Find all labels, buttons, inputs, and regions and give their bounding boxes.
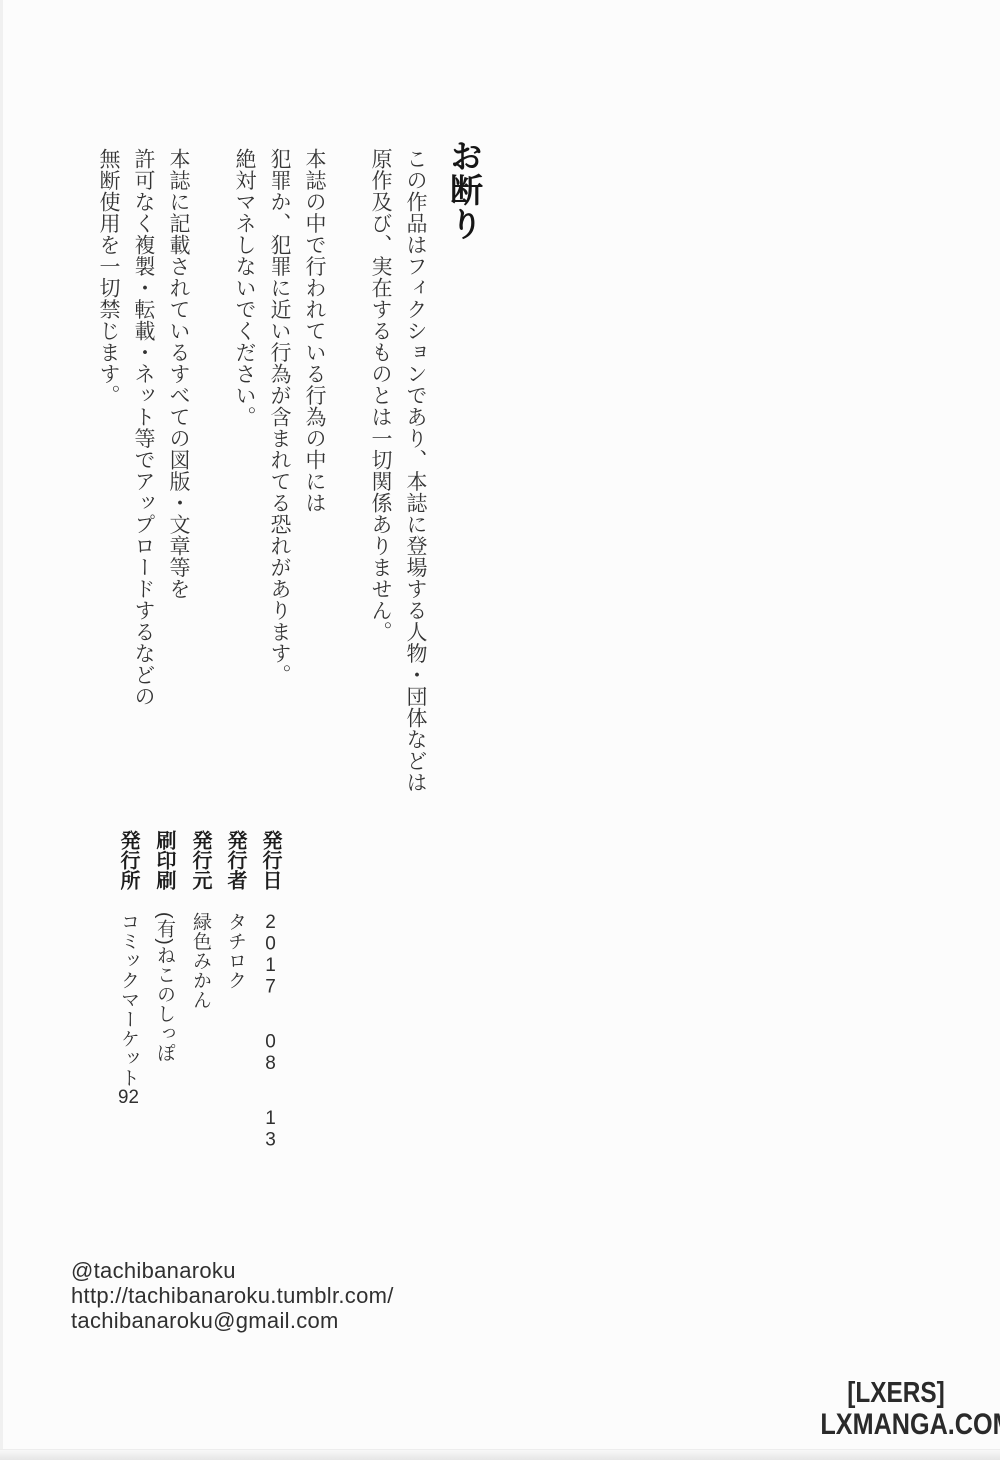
disclaimer-paragraph-copyright: 本誌に記載されているすべての図版・文章等を 許可なく複製・転載・ネット等でアップ…: [91, 148, 196, 828]
colophon-value: 緑色みかん: [182, 912, 218, 1152]
colophon-label: 発行元: [182, 830, 218, 920]
colophon-label: 発行日: [252, 830, 288, 920]
colophon-label: 刷印刷: [146, 830, 182, 920]
colophon-value: 2017 08 13: [252, 912, 288, 1152]
disclaimer-line: 本誌に記載されているすべての図版・文章等を: [161, 148, 196, 828]
colophon-value-text: コミックマーケット: [118, 912, 139, 1088]
contact-block: @tachibanaroku http://tachibanaroku.tumb…: [71, 1258, 394, 1333]
scan-edge-left: [0, 0, 3, 1460]
colophon-entry-printer: 刷印刷 (有)ねこのしっぽ: [146, 830, 182, 1130]
disclaimer-paragraph-crime: 本誌の中で行われている行為の中には 犯罪か、犯罪に近い行為が含まれてる恐れがあり…: [227, 148, 332, 828]
colophon-value: (有)ねこのしっぽ: [146, 912, 182, 1152]
scanned-colophon-page: お断り この作品はフィクションであり、本誌に登場する人物・団体などは 原作及び、…: [0, 0, 1000, 1460]
disclaimer-line: 本誌の中で行われている行為の中には: [297, 148, 332, 828]
disclaimer-line: 無断使用を一切禁じます。: [91, 148, 126, 828]
disclaimer-line: 絶対マネしないでください。: [227, 148, 262, 828]
scan-edge-bottom: [0, 1449, 1000, 1460]
watermark: [LXERS] LXMANGA.COM: [820, 1378, 971, 1440]
colophon-value: タチロク: [217, 912, 253, 1152]
disclaimer-title: お断り: [441, 139, 488, 241]
colophon-value-number: 92: [118, 1088, 139, 1107]
disclaimer-line: 犯罪か、犯罪に近い行為が含まれてる恐れがあります。: [262, 148, 297, 828]
contact-twitter-handle: @tachibanaroku: [71, 1258, 394, 1283]
contact-url: http://tachibanaroku.tumblr.com/: [71, 1283, 394, 1308]
disclaimer-text: この作品はフィクションであり、本誌に登場する人物・団体などは 原作及び、実在する…: [91, 148, 433, 828]
colophon-value: コミックマーケット92: [110, 912, 146, 1152]
colophon-entry-circle: 発行元 緑色みかん: [182, 830, 218, 1130]
contact-email: tachibanaroku@gmail.com: [71, 1308, 394, 1333]
colophon-entry-publication-date: 発行日 2017 08 13: [252, 830, 288, 1130]
disclaimer-paragraph-fiction: この作品はフィクションであり、本誌に登場する人物・団体などは 原作及び、実在する…: [363, 148, 433, 828]
watermark-site-name: LXMANGA.COM: [820, 1409, 971, 1440]
disclaimer-line: 許可なく複製・転載・ネット等でアップロードするなどの: [126, 148, 161, 828]
colophon-label: 発行所: [110, 830, 146, 920]
disclaimer-line: この作品はフィクションであり、本誌に登場する人物・団体などは: [398, 148, 433, 828]
disclaimer-line: 原作及び、実在するものとは一切関係ありません。: [363, 148, 398, 828]
colophon-label: 発行者: [217, 830, 253, 920]
watermark-group-name: [LXERS]: [820, 1378, 971, 1409]
colophon-entry-event: 発行所 コミックマーケット92: [110, 830, 146, 1130]
colophon-entry-publisher-person: 発行者 タチロク: [217, 830, 253, 1130]
